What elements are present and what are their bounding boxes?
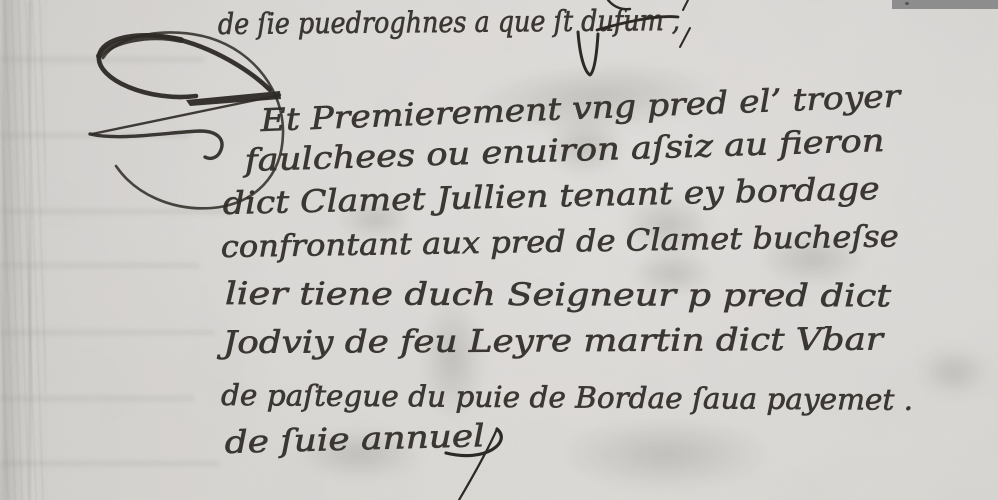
scanner-background-strip (892, 0, 998, 9)
scan-grain-texture (0, 0, 998, 500)
manuscript-scan: de ſie puedroghnes a que ſt dufum , Et P… (0, 0, 998, 500)
dust-speck (905, 2, 909, 5)
ink-layer: de ſie puedroghnes a que ſt dufum , Et P… (0, 0, 998, 500)
